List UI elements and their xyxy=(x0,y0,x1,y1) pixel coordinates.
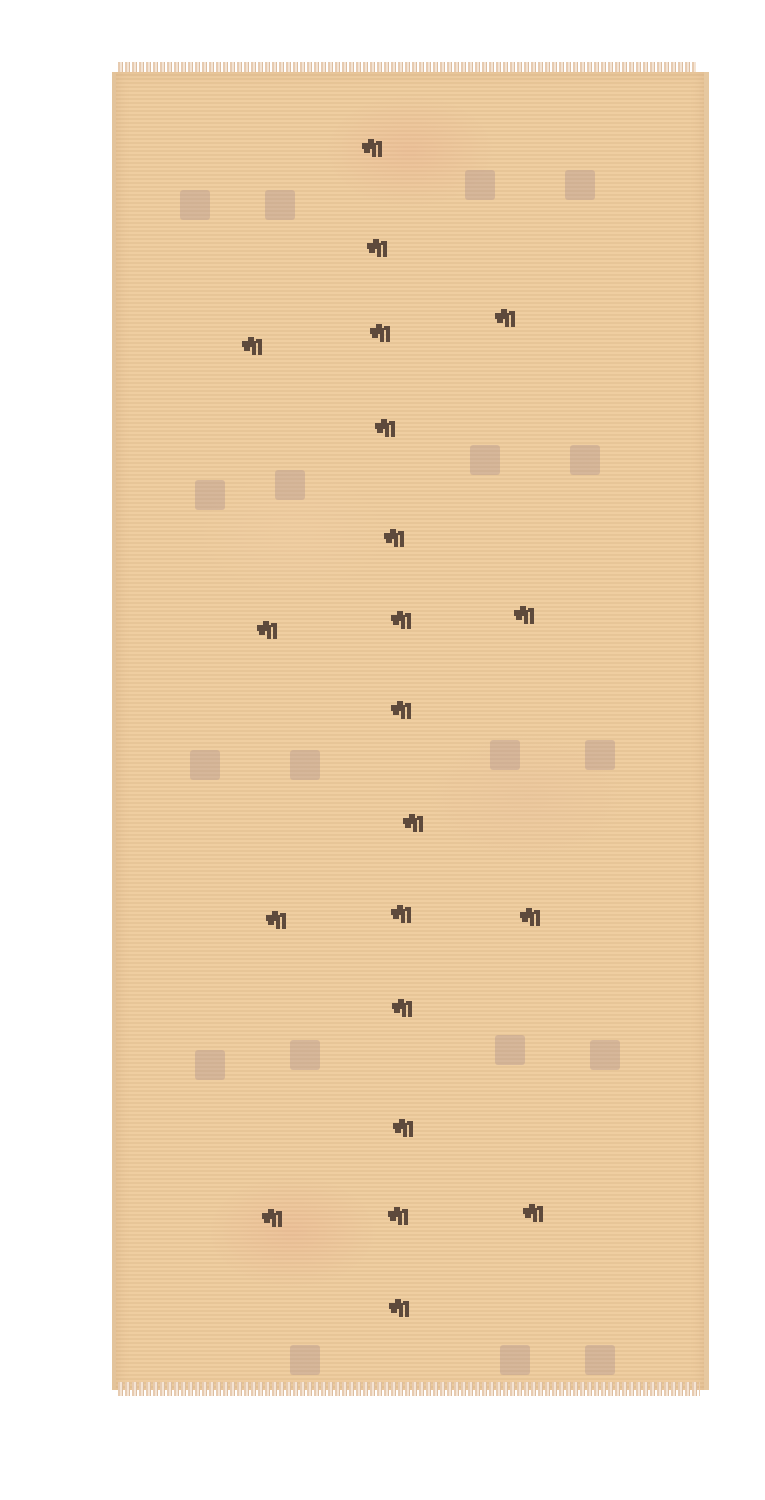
faded-patch xyxy=(265,190,295,220)
motif-icon xyxy=(362,139,388,161)
motif-icon xyxy=(266,911,292,933)
rug xyxy=(112,72,709,1390)
motif-icon xyxy=(388,1207,414,1229)
faded-patch xyxy=(570,445,600,475)
faded-patch xyxy=(585,1345,615,1375)
faded-patch xyxy=(585,740,615,770)
motif-icon xyxy=(367,239,393,261)
faded-patch xyxy=(195,480,225,510)
faded-patch xyxy=(500,1345,530,1375)
faded-patch xyxy=(290,1040,320,1070)
faded-patch xyxy=(565,170,595,200)
motif-icon xyxy=(242,337,268,359)
bottom-fringe xyxy=(118,1382,700,1396)
faded-patch xyxy=(275,470,305,500)
faded-patch xyxy=(290,1345,320,1375)
faded-patch xyxy=(465,170,495,200)
motif-icon xyxy=(520,908,546,930)
motif-icon xyxy=(262,1209,288,1231)
motif-icon xyxy=(523,1204,549,1226)
faded-patch xyxy=(290,750,320,780)
motif-icon xyxy=(257,621,283,643)
faded-patch xyxy=(590,1040,620,1070)
faded-patch xyxy=(180,190,210,220)
faded-patch xyxy=(495,1035,525,1065)
motif-icon xyxy=(403,814,429,836)
motif-icon xyxy=(514,606,540,628)
motif-icon xyxy=(370,324,396,346)
faded-patch xyxy=(190,750,220,780)
motif-icon xyxy=(375,419,401,441)
faded-patch xyxy=(195,1050,225,1080)
motif-icon xyxy=(391,905,417,927)
motif-icon xyxy=(392,999,418,1021)
motif-icon xyxy=(389,1299,415,1321)
motif-icon xyxy=(391,701,417,723)
motif-icon xyxy=(495,309,521,331)
faded-patch xyxy=(490,740,520,770)
faded-patch xyxy=(470,445,500,475)
motif-icon xyxy=(384,529,410,551)
motif-icon xyxy=(391,611,417,633)
motif-icon xyxy=(393,1119,419,1141)
